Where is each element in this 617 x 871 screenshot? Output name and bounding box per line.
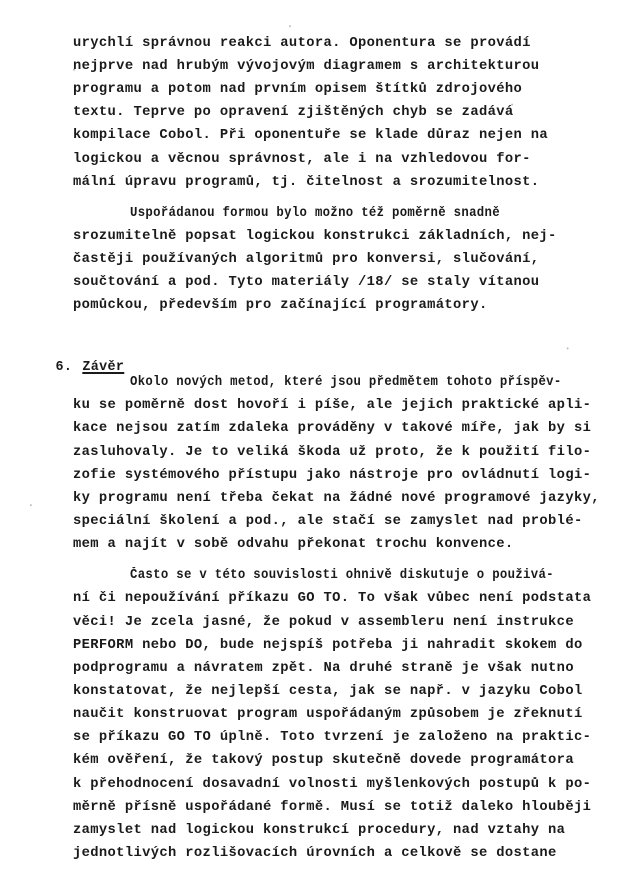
text-line: se příkazu GO TO úplně. Toto tvrzení je … [73,729,591,747]
text-line: srozumitelně popsat logickou konstrukci … [73,228,557,246]
text-line: mem a najít v sobě odvahu překonat troch… [73,536,514,554]
text-line: zamyslet nad logickou konstrukcí procedu… [73,822,565,840]
text-line: pomůckou, především pro začínající progr… [73,297,488,315]
text-line: měrně přísně uspořádané formě. Musí se t… [73,799,591,817]
text-line: ní či nepoužívání příkazu GO TO. To však… [73,590,591,608]
text-line: jednotlivých rozlišovacích úrovních a ce… [73,845,557,863]
text-line: Často se v této souvislosti ohnivě disku… [130,567,554,585]
text-line: kém ověření, že takový postup skutečně d… [73,752,574,770]
text-line: speciální školení a pod., ale stačí se z… [73,513,583,531]
text-line: ky programu není třeba čekat na žádné no… [73,490,600,508]
section-heading: 6.Závěr [22,341,124,395]
text-line: ku se poměrně dost hovoří i píše, ale je… [73,397,591,415]
section-title: Závěr [82,360,124,375]
text-line: mální úpravu programů, tj. čitelnost a s… [73,174,539,192]
text-line: častěji používaných algoritmů pro konver… [73,251,539,269]
text-line: Okolo nových metod, které jsou předmětem… [130,374,562,392]
text-line: k přehodnocení dosavadní volnosti myšlen… [73,776,591,794]
text-line: PERFORM nebo DO, bude nejspíš potřeba ji… [73,637,583,655]
text-line: logickou a věcnou správnost, ale i na vz… [73,151,531,169]
section-number: 6. [56,360,73,375]
text-line: naučit konstruovat program uspořádaným z… [73,706,583,724]
text-line: Uspořádanou formou bylo možno též poměrn… [130,205,500,223]
document-page: 6.Závěr urychlí správnou reakci autora. … [0,0,617,871]
text-line: nejprve nad hrubým vývojovým diagramem s… [73,58,539,76]
text-line: textu. Teprve po opravení zjištěných chy… [73,104,514,122]
text-line: zasluhovaly. Je to veliká škoda už proto… [73,444,591,462]
text-line: kace nejsou zatím zdaleka prováděny v ta… [73,420,591,438]
text-line: kompilace Cobol. Při oponentuře se klade… [73,127,548,145]
text-line: urychlí správnou reakci autora. Oponentu… [73,35,531,53]
text-line: podprogramu a návratem zpět. Na druhé st… [73,660,574,678]
text-line: zofie systémového přístupu jako nástroje… [73,467,591,485]
text-line: součtování a pod. Tyto materiály /18/ se… [73,274,539,292]
text-line: věci! Je zcela jasné, že pokud v assembl… [73,614,574,632]
text-line: konstatovat, že nejlepší cesta, jak se n… [73,683,583,701]
text-line: programu a potom nad prvním opisem štítk… [73,81,522,99]
